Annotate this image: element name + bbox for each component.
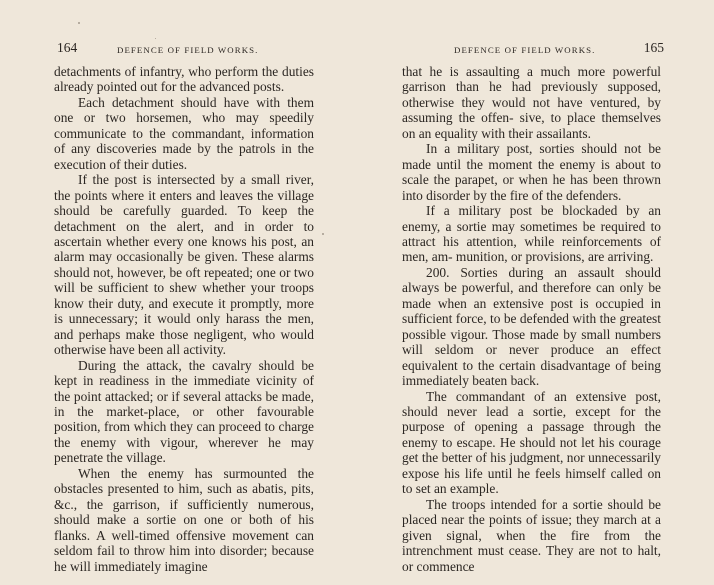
right-page-body: that he is assaulting a much more powerf… (402, 64, 661, 574)
paper-speck (468, 569, 470, 571)
paragraph: If a military post be blockaded by an en… (402, 203, 661, 265)
right-page: DEFENCE OF FIELD WORKS. 165 that he is a… (357, 0, 714, 585)
page-number: 165 (644, 40, 664, 56)
paragraph: detachments of infantry, who perform the… (54, 64, 314, 95)
paragraph: that he is assaulting a much more powerf… (402, 64, 661, 141)
paper-speck (322, 233, 324, 235)
page-number: 164 (57, 40, 77, 56)
left-page-header: 164 DEFENCE OF FIELD WORKS. (57, 40, 315, 56)
paragraph: During the attack, the cavalry should be… (54, 358, 314, 466)
paragraph: When the enemy has surmounted the obstac… (54, 466, 314, 574)
left-page: 164 DEFENCE OF FIELD WORKS. detachments … (0, 0, 357, 585)
paragraph: The commandant of an extensive post, sho… (402, 389, 661, 497)
paragraph: The troops intended for a sortie should … (402, 497, 661, 574)
paragraph: If the post is intersected by a small ri… (54, 172, 314, 357)
running-title: DEFENCE OF FIELD WORKS. (117, 42, 258, 58)
paper-speck (155, 38, 156, 39)
running-title: DEFENCE OF FIELD WORKS. (454, 42, 595, 58)
left-page-body: detachments of infantry, who perform the… (54, 64, 314, 574)
paper-speck (78, 22, 80, 24)
paragraph: Each detachment should have with them on… (54, 95, 314, 172)
paragraph: 200. Sorties during an assault should al… (402, 265, 661, 389)
paragraph: In a military post, sorties should not b… (402, 141, 661, 203)
right-page-header: DEFENCE OF FIELD WORKS. 165 (402, 40, 660, 56)
